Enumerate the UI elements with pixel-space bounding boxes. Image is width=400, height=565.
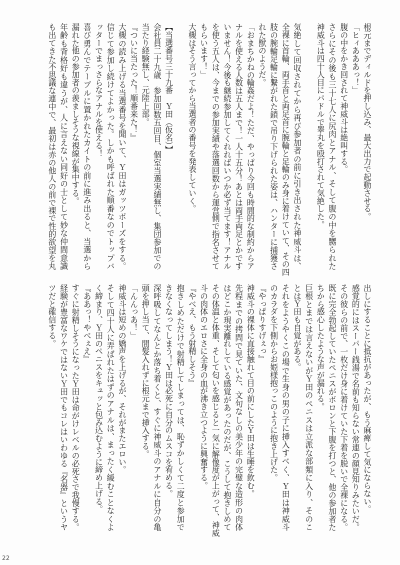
top-text-block: 根元までディルドを押し込み、最大出力で起動させる。 「ヒィあああっ！」 腹の中を… (46, 23, 373, 270)
text-column: 神威斗は四十人目にパドルで睾丸を殴打されて気絶した。 (315, 23, 327, 270)
text-column: ちから感心したような声が漏れる。 (315, 284, 327, 531)
text-column: 『やっぱりすげぇっ』 (256, 284, 268, 531)
text-column: 『ああっ！やべぇえ』 (81, 284, 93, 531)
text-column: 腹の中をかき回されて神威斗は絶叫する。 (338, 23, 350, 270)
text-column: 抱きしめただけで射精してしまっては、恥ずかしくて二度と参加で (175, 284, 187, 531)
text-column: 深呼吸してなんとか落ち着くと、すぐに神威斗のアナルに自分の亀 (151, 284, 163, 531)
text-column: 経験が豊富なワケではないＹ田でもコレはいわゆる『名器』というヤ (58, 284, 70, 531)
page-number: 22 (2, 555, 10, 562)
text-column: ツだと確信する。 (46, 284, 58, 531)
text-column: 気絶して回収されてから再び参加者の前に引き出された神威斗は、 (291, 23, 303, 270)
text-column: さらにその後も三十七人に尻肉とアナル、そして腹の中を嬲られた (326, 23, 338, 270)
text-column: 巨根とまでは言えないがＹ田のペニスは立派な部類に入り、そのこ (303, 284, 315, 531)
text-column: ナルを使える人数は五人まで！一人十五分！あとは両手両足とかです (233, 23, 245, 270)
text-column: 信じて参加し続けてよかった。しかも呼ばれた順番なのでトップバ (105, 23, 117, 270)
text-column: きなくなってしまう！Ｙ田は必死に自分のムスコを宥める。 (163, 284, 175, 531)
text-column: いません！今後も継続参加してくれればいつか必ず当てます！アナル (221, 23, 233, 270)
text-column: すぐに射精しそうになったＹ田は命がけレベルの必死さで我慢する。 (70, 284, 82, 531)
text-column: 「んんっあ！」 (128, 284, 140, 531)
text-column: 根元までディルドを押し込み、最大出力で起動させる。 (361, 23, 373, 270)
text-column: それをようやくこの場で生身の男の子に挿入すべく、Ｙ田は神威斗 (280, 284, 292, 531)
book-page: 根元までディルドを押し込み、最大出力で起動させる。 「ヒィあああっ！」 腹の中を… (0, 0, 400, 565)
text-column: 頭を押し当て、間髪入れずに根元まで挿入する。 (140, 284, 152, 531)
text-column: 会社員二十九歳 参加回数五回目、個室当選実績無し、集団参加での (151, 23, 163, 270)
text-column: 大槻はそう言ってから当選者の番号を発表していく。 (186, 23, 198, 270)
text-column: 喜び勇んでテーブルに置かれたカイトの前に進み出ると、当選から (81, 23, 93, 270)
text-column: れた獣のようだ。 (256, 23, 268, 270)
blank-column (175, 23, 187, 270)
text-column: その彼らの前で、一枚だけ身に着けていた下着を脱いで全裸になる。 (338, 284, 350, 531)
bottom-text-block: 出しにすることに抵抗があったが、もう麻痺して気にならない。 感覚的にはスーパー銭… (46, 284, 373, 531)
text-column: く締まり、Ｙ田のペニスをキュッと包み込むように締め上げる。 (93, 284, 105, 531)
text-column: 『ついに当たった！順番来た！』 (128, 23, 140, 270)
text-column: 神威斗の裸体に直接触れて目の前にしたＹ田は生唾を飲む。 (245, 284, 257, 531)
text-column: 当たり経験無し、元陸上部。 (140, 23, 152, 270)
text-column: 漏れた他の参加者の羨ましそうな視線が集中する。 (70, 23, 82, 270)
text-column: も出てきた不思議な連中で、最初は赤の他人の前で裸で性的欲望を丸 (46, 23, 58, 270)
text-column: 全裸に首輪、両手首と両足首に腕輪と足輪のみ身に着けていて、その四 (280, 23, 292, 270)
blank-column (303, 23, 315, 270)
text-column: 先程までの拷問で見ていた、文句なしの美少年の完璧な造形の肉体 (233, 284, 245, 531)
text-column: 大槻の読み上げる当選番号を聞いて、Ｙ田はガッツポーズをする。 (116, 23, 128, 270)
text-column: 「おまちかねの輪姦だよ！ただ、やっぱり今回も時間的な制約からア (245, 23, 257, 270)
text-column: を使う五人は、今までの参加実績や落選回数から運営側で指名させて (210, 23, 222, 270)
text-column: とはＹ田も自覚がある。 (291, 284, 303, 531)
text-column: はどこか現実離れしている感覚があったのだが、こうして抱きしめて (221, 284, 233, 531)
text-column: 感覚的にはスーパー銭湯で名前も知らない常連の顔見知りみたいだ。 (350, 284, 362, 531)
section-heading: 【当選番号三十九番 Ｙ田（仮名）】 (163, 23, 175, 270)
text-column: ッターでまっさらなアナルを使える！ (93, 23, 105, 270)
text-column: 肢の腕輪足輪に繋がれた鎖で吊り下げられた姿は、ハンターに捕獲さ (268, 23, 280, 270)
text-column: 年齢も背格好も違うが、人に言えない同好の士として妙な仲間意識 (58, 23, 70, 270)
text-column: 『やべえ、もう射精しそう』 (186, 284, 198, 531)
text-column: 神威斗は短めの嬌声を上げるが、それがまたエロい。 (116, 284, 128, 531)
text-column: 「ヒィあああっ！」 (350, 23, 362, 270)
text-column: そして四十人に弄ばれたはずのアナルは、まったく緩むことなくよ (105, 284, 117, 531)
text-column: のカラダを下側からお姫様抱っこのように抱き上げた。 (268, 284, 280, 531)
text-column: もらいます！」 (198, 23, 210, 270)
text-column: 既に完全勃起していたペニスがボロンと下腹を打つと、他の参加者た (326, 284, 338, 531)
text-column: その体温と体重、そして匂いを感じると一気に解像度が上がって、神威 (210, 284, 222, 531)
text-column: 斗の肉体のエロさに全身の血が沸き立つように興奮する。 (198, 284, 210, 531)
text-column: 出しにすることに抵抗があったが、もう麻痺して気にならない。 (361, 284, 373, 531)
